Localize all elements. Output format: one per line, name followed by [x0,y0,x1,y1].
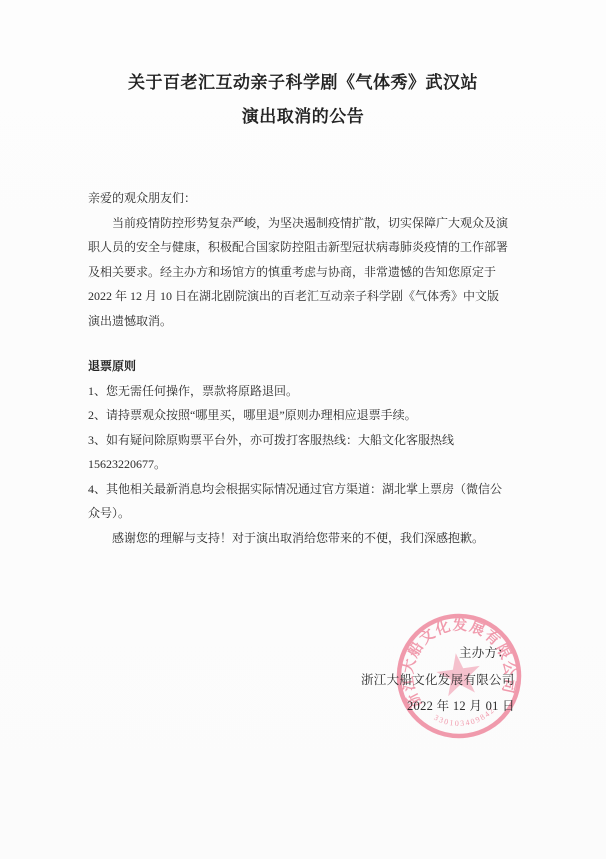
refund-item-2: 2、请持票观众按照“哪里买，哪里退”原则办理相应退票手续。 [88,403,518,428]
signature-company: 浙江大船文化发展有限公司 [361,670,515,688]
cancellation-paragraph: 当前疫情防控形势复杂严峻，为坚决遏制疫情扩散，切实保障广大观众及演 职人员的安全… [88,211,518,334]
refund-item-4: 4、其他相关最新消息均会根据实际情况通过官方渠道：湖北掌上票房（微信公 众号）。 [88,477,518,526]
announcement-page: 关于百老汇互动亲子科学剧《气体秀》武汉站 演出取消的公告 亲爱的观众朋友们： 当… [0,0,606,859]
signature-organizer-label: 主办方： [459,643,510,661]
title-line-2: 演出取消的公告 [0,100,606,134]
refund-policy-heading: 退票原则 [88,354,518,379]
signature-date: 2022 年 12 月 01 日 [407,696,515,714]
refund-item-3: 3、如有疑问除原购票平台外，亦可拨打客服热线：大船文化客服热线 15623220… [88,428,518,477]
greeting-line: 亲爱的观众朋友们： [88,186,518,211]
title-line-1: 关于百老汇互动亲子科学剧《气体秀》武汉站 [0,66,606,100]
thanks-line: 感谢您的理解与支持！对于演出取消给您带来的不便，我们深感抱歉。 [88,526,518,551]
document-body: 亲爱的观众朋友们： 当前疫情防控形势复杂严峻，为坚决遏制疫情扩散，切实保障广大观… [88,186,518,550]
refund-item-1: 1、您无需任何操作，票款将原路退回。 [88,379,518,404]
document-title: 关于百老汇互动亲子科学剧《气体秀》武汉站 演出取消的公告 [0,0,606,134]
